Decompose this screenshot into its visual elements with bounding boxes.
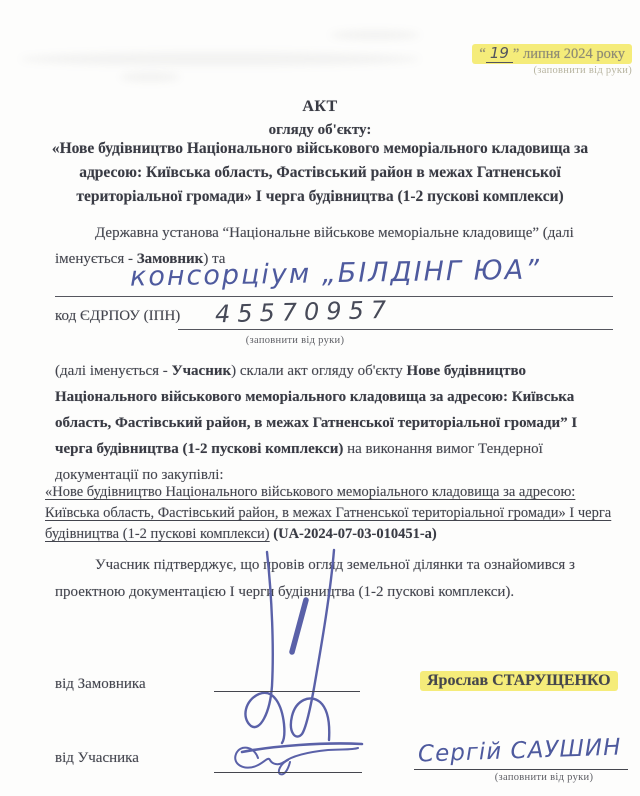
act-paragraph-p2: ) склали акт огляду об'єкту <box>231 363 406 379</box>
scan-artifact <box>120 72 180 82</box>
customer-name-block: Ярослав СТАРУЩЕНКО <box>420 672 618 690</box>
customer-signature-label: від Замовника <box>55 676 146 693</box>
object-name-title: «Нове будівництво Національного військов… <box>48 137 592 209</box>
date-highlight: “19” липня 2024 року <box>472 44 632 64</box>
edrpou-value-handwritten: 45570957 <box>215 296 394 329</box>
procurement-paragraph: «Нове будівництво Національного військов… <box>45 482 617 545</box>
scan-artifact <box>330 30 420 40</box>
date-open-quote: “ <box>479 46 485 62</box>
procurement-id-bold: (UA-2024-07-03-010451-а) <box>270 526 437 542</box>
scan-artifact <box>20 52 420 66</box>
customer-name-highlighted: Ярослав СТАРУЩЕНКО <box>420 671 618 691</box>
act-participant-bold: Учасник <box>172 363 232 379</box>
customer-signature-ink <box>222 548 362 748</box>
date-fill-note: (заповнити від руки) <box>472 65 632 76</box>
date-day-handwritten: 19 <box>486 44 513 63</box>
participant-signature-label: від Учасника <box>55 750 139 767</box>
act-paragraph-p1: (далі іменується - <box>55 363 172 379</box>
edrpou-line <box>178 329 613 330</box>
participant-name-handwritten: консорціум „БІЛДІНГ ЮА” <box>130 254 550 292</box>
document-title: АКТ <box>0 98 640 116</box>
participant-fill-note: (заповнити від руки) <box>454 772 634 783</box>
participant-name-handwritten-bottom: Сергій САУШИН <box>418 734 622 767</box>
edrpou-fill-note: (заповнити від руки) <box>215 335 375 346</box>
act-paragraph: (далі іменується - Учасник) склали акт о… <box>55 358 615 488</box>
date-block: “19” липня 2024 року (заповнити від руки… <box>472 44 632 76</box>
scanned-document-page: “19” липня 2024 року (заповнити від руки… <box>0 0 640 796</box>
date-rest: липня 2024 року <box>519 46 625 62</box>
edrpou-label: код ЄДРПОУ (ІПН) <box>55 308 180 325</box>
participant-name-line-bottom <box>414 769 628 770</box>
customer-signature-line <box>214 691 360 692</box>
participant-signature-line <box>214 772 362 773</box>
